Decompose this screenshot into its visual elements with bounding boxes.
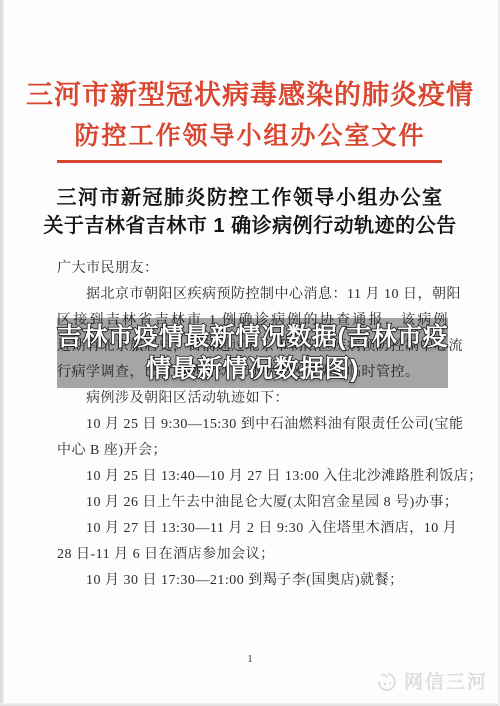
body-text-line: 据北京市朝阳区疾病预防控制中心消息：11 月 10 日，朝阳 bbox=[57, 282, 448, 308]
document-body: 广大市民朋友： 据北京市朝阳区疾病预防控制中心消息：11 月 10 日，朝阳区接… bbox=[57, 256, 448, 594]
watermark-text: 网信三河 bbox=[404, 667, 488, 694]
body-text-line: 10 月 26 日上午去中油昆仑大厦(太阳宫金星园 8 号)办事； bbox=[57, 490, 448, 516]
letterhead-line2: 防控工作领导小组办公室文件 bbox=[0, 116, 500, 156]
body-text-line: 广大市民朋友： bbox=[57, 256, 448, 282]
letterhead-divider bbox=[57, 160, 442, 163]
promo-overlay-line1: 吉林市疫情最新情况数据(吉林市疫 bbox=[57, 321, 448, 353]
promo-overlay-banner: 吉林市疫情最新情况数据(吉林市疫 情最新情况数据图) bbox=[57, 318, 448, 388]
body-text-line: 病例涉及朝阳区活动轨迹如下： bbox=[57, 386, 448, 412]
body-text-line: 10 月 25 日 9:30—15:30 到中石油燃料油有限责任公司(宝能 bbox=[57, 412, 448, 438]
body-text-line: 10 月 25 日 13:40—10 月 27 日 13:00 入住北沙滩路胜利… bbox=[57, 464, 448, 490]
document-title-line1: 三河市新冠肺炎防控工作领导小组办公室 bbox=[0, 184, 500, 212]
body-text-line: 中心 B 座)开会； bbox=[57, 438, 448, 464]
document-title-line2: 关于吉林省吉林市 1 确诊病例行动轨迹的公告 bbox=[0, 212, 500, 240]
document-title: 三河市新冠肺炎防控工作领导小组办公室 关于吉林省吉林市 1 确诊病例行动轨迹的公… bbox=[0, 184, 500, 240]
letterhead-line1: 三河市新型冠状病毒感染的肺炎疫情 bbox=[0, 74, 500, 116]
page-number: 1 bbox=[0, 653, 500, 665]
body-text-line: 10 月 30 日 17:30—21:00 到羯子李(国奥店)就餐； bbox=[57, 568, 448, 594]
letterhead: 三河市新型冠状病毒感染的肺炎疫情 防控工作领导小组办公室文件 bbox=[0, 74, 500, 156]
promo-overlay-line2: 情最新情况数据图) bbox=[146, 353, 359, 385]
body-text-line: 10 月 27 日 13:30—11 月 2 日 9:30 入住塔里木酒店，10… bbox=[57, 516, 448, 542]
watermark-logo-icon bbox=[375, 669, 399, 693]
watermark: 网信三河 bbox=[375, 667, 488, 694]
body-text-line: 28 日-11 月 6 日在酒店参加会议； bbox=[57, 542, 448, 568]
